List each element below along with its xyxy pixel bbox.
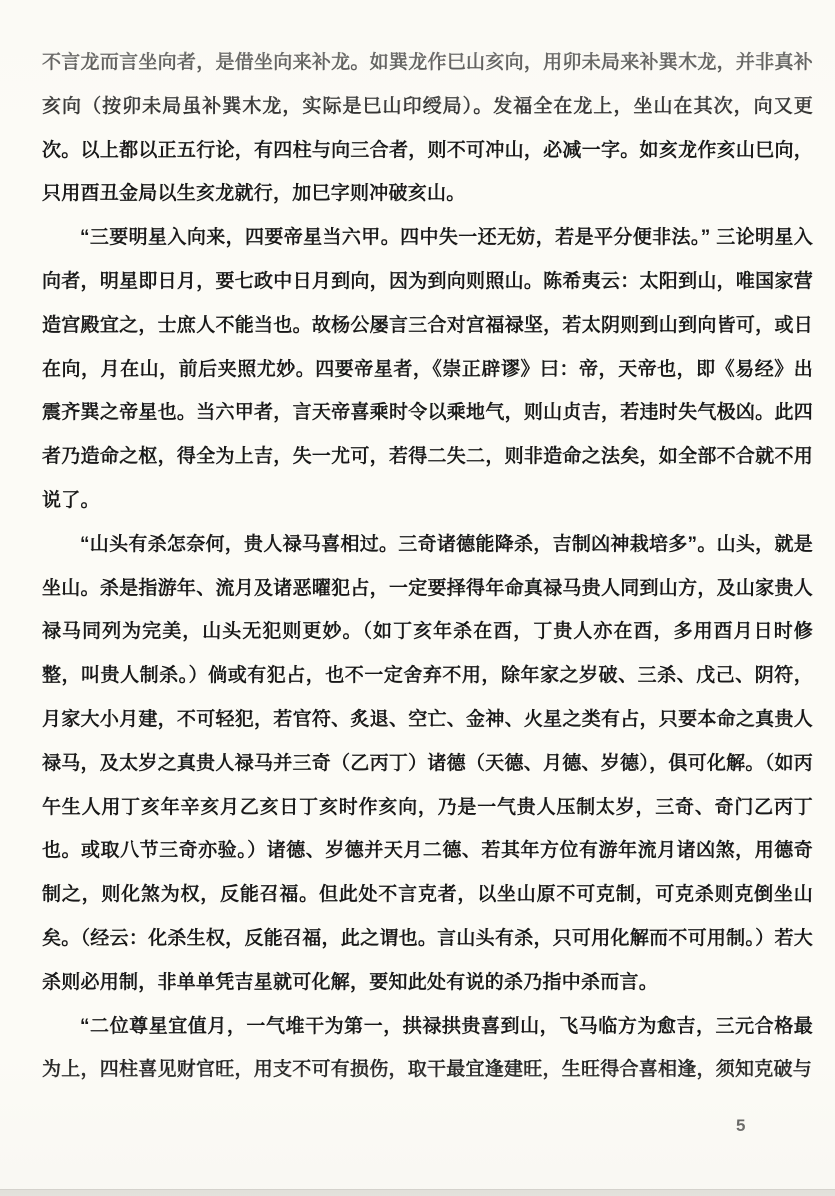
paragraph-4: “二位尊星宜值月，一气堆干为第一，拱禄拱贵喜到山，飞马临方为愈吉，三元合格最为上…: [42, 1005, 813, 1093]
paragraph-1: 不言龙而言坐向者，是借坐向来补龙。如巽龙作巳山亥向，用卯未局来补巽木龙，并非真补…: [42, 41, 813, 216]
paragraph-2: “三要明星入向来，四要帝星当六甲。四中失一还无妨，若是平分便非法。” 三论明星入…: [42, 216, 813, 523]
paragraph-3: “山头有杀怎奈何，贵人禄马喜相过。三奇诸德能降杀，吉制凶神栽培多”。山头，就是坐…: [42, 523, 813, 1005]
page-bottom-edge: [0, 1189, 835, 1196]
text-block: 不言龙而言坐向者，是借坐向来补龙。如巽龙作巳山亥向，用卯未局来补巽木龙，并非真补…: [42, 41, 813, 1092]
page-number: 5: [736, 1116, 745, 1136]
document-page: 不言龙而言坐向者，是借坐向来补龙。如巽龙作巳山亥向，用卯未局来补巽木龙，并非真补…: [0, 0, 835, 1196]
